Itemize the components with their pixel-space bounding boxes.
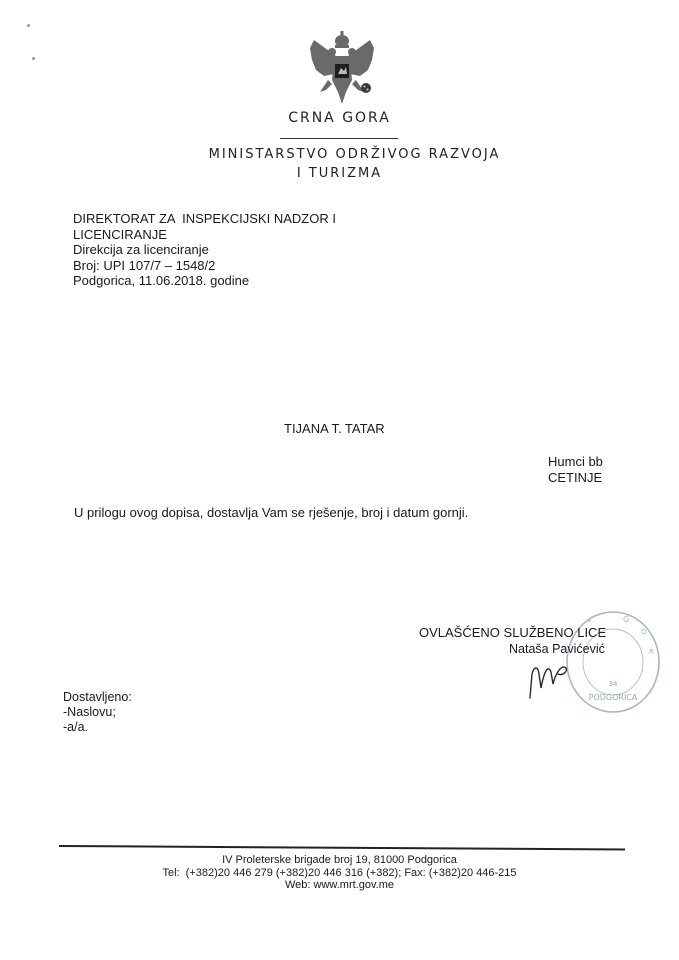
footer-divider: [59, 845, 625, 850]
letter-body: U prilogu ovog dopisa, dostavlja Vam se …: [74, 505, 468, 520]
reference-number: Broj: UPI 107/7 – 1548/2: [73, 258, 336, 274]
recipient-street: Humci bb: [548, 454, 603, 470]
footer-web: Web: www.mrt.gov.me: [0, 879, 679, 892]
footer-address: IV Proleterske brigade broj 19, 81000 Po…: [0, 854, 679, 867]
distribution-list: Dostavljeno: -Naslovu; -a/a.: [63, 690, 132, 735]
directorate-line2: LICENCIRANJE: [73, 227, 336, 243]
official-title: OVLAŠĆENO SLUŽBENO LICE: [419, 625, 606, 640]
scan-artifact: [32, 57, 35, 60]
department: Direkcija za licenciranje: [73, 242, 336, 258]
stamp-city: PODGORICA: [589, 693, 638, 702]
distribution-item: -Naslovu;: [63, 705, 132, 720]
footer: IV Proleterske brigade broj 19, 81000 Po…: [0, 854, 679, 892]
distribution-item: -a/a.: [63, 720, 132, 735]
stamp-number: 34: [609, 680, 618, 688]
svg-text:O: O: [641, 628, 647, 636]
distribution-heading: Dostavljeno:: [63, 690, 132, 705]
ministry-name-line1: MINISTARSTVO ODRŽIVOG RAZVOJA: [0, 147, 679, 162]
recipient-address: Humci bb CETINJE: [548, 454, 603, 486]
place-date: Podgorica, 11.06.2018. godine: [73, 273, 336, 289]
recipient-city: CETINJE: [548, 470, 603, 486]
scan-artifact: [27, 24, 30, 27]
recipient-name: TIJANA T. TATAR: [284, 421, 385, 436]
footer-contact: Tel: (+382)20 446 279 (+382)20 446 316 (…: [0, 867, 679, 880]
sender-block: DIREKTORAT ZA INSPEKCIJSKI NADZOR I LICE…: [73, 211, 336, 289]
country-name: CRNA GORA: [0, 110, 679, 126]
signature-icon: [522, 652, 582, 702]
header-divider: [280, 138, 398, 139]
directorate-line1: DIREKTORAT ZA INSPEKCIJSKI NADZOR I: [73, 211, 336, 227]
coat-of-arms-icon: [306, 30, 378, 106]
ministry-name-line2: I TURIZMA: [0, 166, 679, 181]
svg-text:G: G: [623, 615, 629, 624]
svg-text:R: R: [649, 648, 654, 656]
